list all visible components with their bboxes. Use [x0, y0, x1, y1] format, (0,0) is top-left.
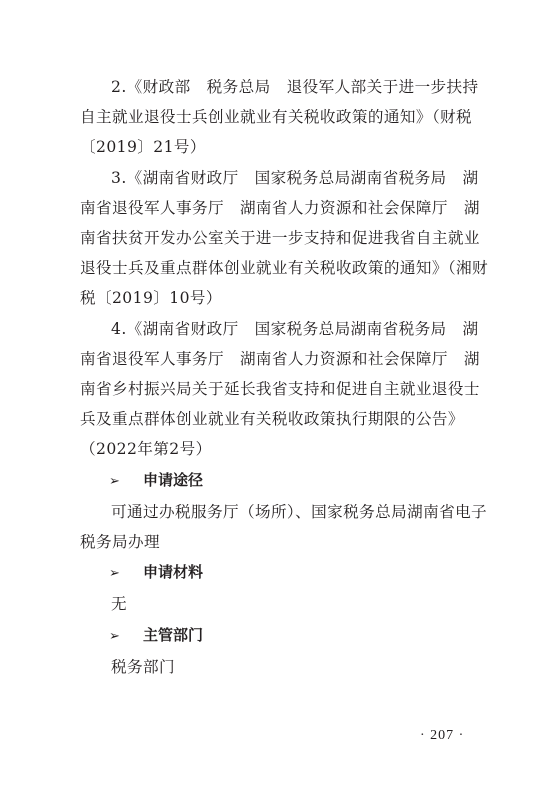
text-line: 自主就业退役士兵创业就业有关税收政策的通知》（财税 — [80, 102, 482, 132]
page-number: · 207 · — [420, 728, 464, 744]
reference-item-4: 4.《湖南省财政厅 国家税务总局湖南省税务局 湖 南省退役军人事务厅 湖南省人力… — [80, 314, 482, 465]
text-line: 3.《湖南省财政厅 国家税务总局湖南省税务局 湖 — [80, 163, 482, 193]
section-title: 申请途径 — [143, 471, 203, 489]
section-body-competent-department: 税务部门 — [80, 652, 482, 682]
arrow-bullet-icon: ➢ — [109, 559, 143, 589]
text-line: 退役士兵及重点群体创业就业有关税收政策的通知》（湘财 — [80, 253, 482, 283]
reference-item-3: 3.《湖南省财政厅 国家税务总局湖南省税务局 湖 南省退役军人事务厅 湖南省人力… — [80, 163, 482, 314]
reference-item-2: 2.《财政部 税务总局 退役军人部关于进一步扶持 自主就业退役士兵创业就业有关税… — [80, 72, 482, 163]
text-line: 南省退役军人事务厅 湖南省人力资源和社会保障厅 湖 — [80, 344, 482, 374]
text-line: 南省退役军人事务厅 湖南省人力资源和社会保障厅 湖 — [80, 193, 482, 223]
text-line: 兵及重点群体创业就业有关税收政策执行期限的公告》 — [80, 404, 482, 434]
arrow-bullet-icon: ➢ — [109, 467, 143, 497]
text-line: 税务局办理 — [80, 527, 482, 557]
text-line: 南省扶贫开发办公室关于进一步支持和促进我省自主就业 — [80, 223, 482, 253]
section-body-application-channel: 可通过办税服务厅（场所）、国家税务总局湖南省电子 税务局办理 — [80, 497, 482, 557]
section-heading-application-channel: ➢申请途径 — [80, 465, 482, 497]
section-title: 申请材料 — [143, 563, 203, 581]
text-line: 4.《湖南省财政厅 国家税务总局湖南省税务局 湖 — [80, 314, 482, 344]
text-line: 无 — [80, 589, 482, 619]
text-line: 〔2019〕21号） — [80, 132, 482, 162]
arrow-bullet-icon: ➢ — [109, 622, 143, 652]
text-line: （2022年第2号） — [80, 434, 482, 464]
text-line: 2.《财政部 税务总局 退役军人部关于进一步扶持 — [80, 72, 482, 102]
section-title: 主管部门 — [143, 626, 203, 644]
section-body-application-materials: 无 — [80, 589, 482, 619]
text-line: 税〔2019〕10号） — [80, 283, 482, 313]
text-line: 可通过办税服务厅（场所）、国家税务总局湖南省电子 — [80, 497, 482, 527]
section-heading-competent-department: ➢主管部门 — [80, 620, 482, 652]
text-line: 税务部门 — [80, 652, 482, 682]
section-heading-application-materials: ➢申请材料 — [80, 557, 482, 589]
text-line: 南省乡村振兴局关于延长我省支持和促进自主就业退役士 — [80, 374, 482, 404]
document-page: 2.《财政部 税务总局 退役军人部关于进一步扶持 自主就业退役士兵创业就业有关税… — [80, 72, 482, 682]
